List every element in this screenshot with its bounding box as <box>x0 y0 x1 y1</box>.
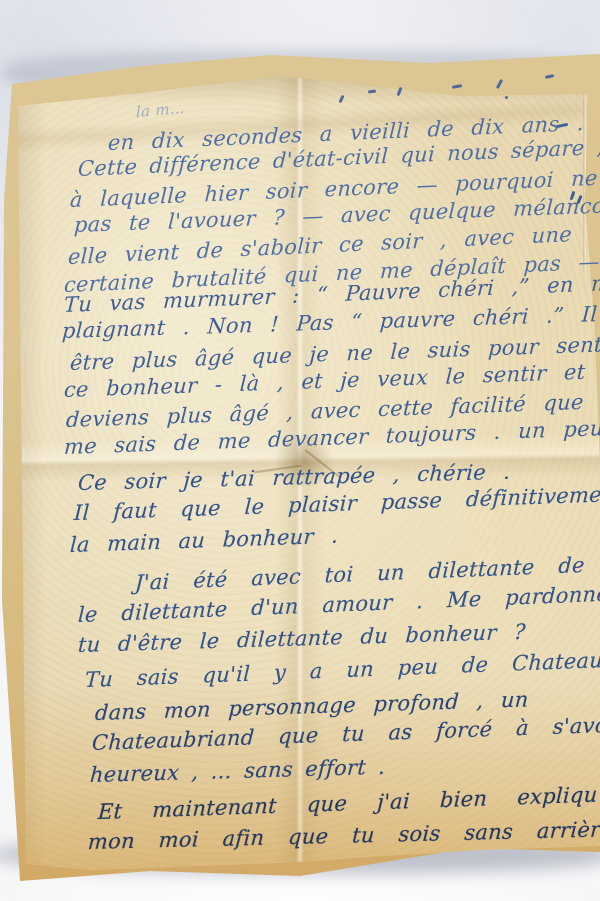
ink-mark <box>505 96 508 99</box>
photograph-of-handwritten-letter: la m… en dix secondes a vieilli de dix a… <box>0 0 600 901</box>
handwritten-line-faint: la m… <box>136 96 185 124</box>
